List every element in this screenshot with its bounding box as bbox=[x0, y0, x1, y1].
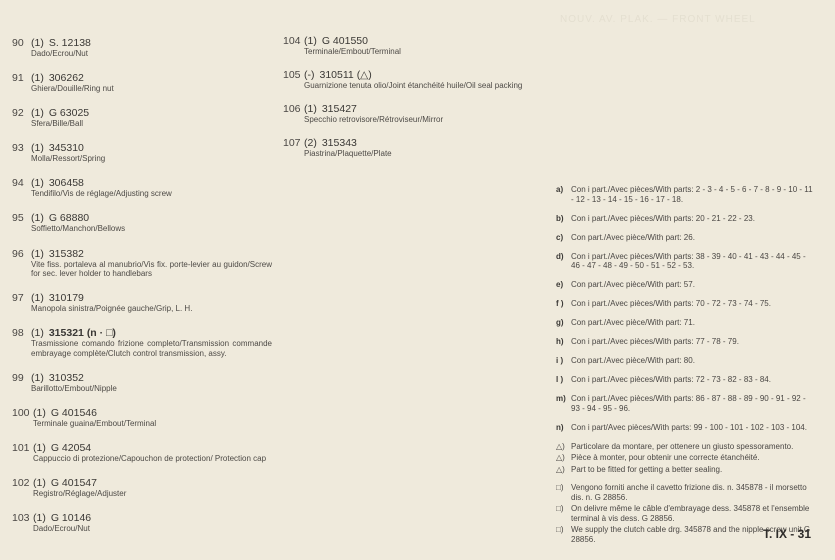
part-description: Dado/Ecrou/Nut bbox=[31, 49, 272, 59]
part-entry: 100(1)G 401546Terminale guaina/Embout/Te… bbox=[12, 407, 272, 429]
part-description: Guarnizione tenuta olio/Joint étanchéité… bbox=[304, 81, 548, 91]
part-code: S. 12138 bbox=[49, 37, 91, 49]
part-ref: 91 bbox=[12, 72, 24, 84]
part-description: Tendifilo/Vis de réglage/Adjusting screw bbox=[31, 189, 272, 199]
footnote-text: Con i part./Avec pièces/With parts: 72 -… bbox=[571, 375, 771, 384]
part-description: Vite fiss. portaleva al manubrio/Vis fix… bbox=[31, 260, 272, 279]
part-entry: 105(-)310511 (△)Guarnizione tenuta olio/… bbox=[283, 69, 548, 91]
footnote-label: n) bbox=[556, 423, 564, 433]
part-description: Barillotto/Embout/Nipple bbox=[31, 384, 272, 394]
footnote: △)Particolare da montare, per ottenere u… bbox=[556, 442, 816, 452]
part-description: Terminale/Embout/Terminal bbox=[304, 47, 548, 57]
footnote: d)Con i part./Avec pièces/With parts: 38… bbox=[556, 252, 816, 271]
part-code: G 401546 bbox=[51, 407, 97, 419]
part-code: 306458 bbox=[49, 177, 84, 189]
part-qty: (1) bbox=[33, 477, 46, 489]
footnote-text: Con part./Avec pièce/With part: 71. bbox=[571, 318, 695, 327]
footnote-text: Con i part./Avec pièces/With parts: 20 -… bbox=[571, 214, 755, 223]
part-qty: (1) bbox=[304, 35, 317, 47]
part-header: (1)G 401547 bbox=[33, 477, 272, 489]
part-qty: (-) bbox=[304, 69, 315, 81]
part-header: (1)306262 bbox=[31, 72, 272, 84]
footnote-text: Part to be fitted for getting a better s… bbox=[571, 465, 722, 474]
footnote: a)Con i part./Avec pièces/With parts: 2 … bbox=[556, 185, 816, 204]
footnote: e)Con part./Avec pièce/With part: 57. bbox=[556, 280, 816, 290]
part-entry: 94(1)306458Tendifilo/Vis de réglage/Adju… bbox=[12, 177, 272, 199]
part-header: (1)G 401546 bbox=[33, 407, 272, 419]
part-entry: 102(1)G 401547Registro/Réglage/Adjuster bbox=[12, 477, 272, 499]
part-description: Terminale guaina/Embout/Terminal bbox=[33, 419, 272, 429]
footnote-text: Con part./Avec pièce/With part: 26. bbox=[571, 233, 695, 242]
part-ref: 96 bbox=[12, 248, 24, 260]
footnote-label: l ) bbox=[556, 375, 563, 385]
part-header: (1)310179 bbox=[31, 292, 272, 304]
part-ref: 101 bbox=[12, 442, 30, 454]
part-description: Ghiera/Douille/Ring nut bbox=[31, 84, 272, 94]
part-code: 315343 bbox=[322, 137, 357, 149]
footnote-label: e) bbox=[556, 280, 563, 290]
part-qty: (1) bbox=[33, 512, 46, 524]
footnote-label: □) bbox=[556, 504, 564, 514]
footnote-label: △) bbox=[556, 453, 565, 463]
part-code: 310352 bbox=[49, 372, 84, 384]
part-qty: (1) bbox=[31, 372, 44, 384]
footnote: l )Con i part./Avec pièces/With parts: 7… bbox=[556, 375, 816, 385]
footnote: □)On delivre même le câble d'embrayage d… bbox=[556, 504, 816, 523]
part-entry: 91(1)306262Ghiera/Douille/Ring nut bbox=[12, 72, 272, 94]
part-ref: 102 bbox=[12, 477, 30, 489]
part-description: Specchio retrovisore/Rétroviseur/Mirror bbox=[304, 115, 548, 125]
part-entry: 104(1)G 401550Terminale/Embout/Terminal bbox=[283, 35, 548, 57]
part-ref: 105 bbox=[283, 69, 301, 81]
part-entry: 98(1)315321 (n · □)Trasmissione comando … bbox=[12, 327, 272, 358]
part-entry: 97(1)310179Manopola sinistra/Poignée gau… bbox=[12, 292, 272, 314]
part-code: 315382 bbox=[49, 248, 84, 260]
part-qty: (1) bbox=[31, 142, 44, 154]
part-entry: 99(1)310352Barillotto/Embout/Nipple bbox=[12, 372, 272, 394]
part-entry: 95(1)G 68880Soffietto/Manchon/Bellows bbox=[12, 212, 272, 234]
part-description: Trasmissione comando frizione completo/T… bbox=[31, 339, 272, 358]
part-ref: 100 bbox=[12, 407, 30, 419]
footnote-text: Con i part./Avec pièces/With parts: 38 -… bbox=[571, 252, 806, 271]
part-code: G 401550 bbox=[322, 35, 368, 47]
part-ref: 90 bbox=[12, 37, 24, 49]
footnote: c)Con part./Avec pièce/With part: 26. bbox=[556, 233, 816, 243]
footnote: g)Con part./Avec pièce/With part: 71. bbox=[556, 318, 816, 328]
triangle-notes: △)Particolare da montare, per ottenere u… bbox=[556, 442, 816, 475]
part-code: 315427 bbox=[322, 103, 357, 115]
letter-notes: a)Con i part./Avec pièces/With parts: 2 … bbox=[556, 185, 816, 432]
part-header: (1)S. 12138 bbox=[31, 37, 272, 49]
page-number: T. IX - 31 bbox=[763, 527, 811, 541]
part-code: G 42054 bbox=[51, 442, 91, 454]
part-description: Piastrina/Plaquette/Plate bbox=[304, 149, 548, 159]
part-code: 310179 bbox=[49, 292, 84, 304]
footnote: n)Con i part/Avec pièces/With parts: 99 … bbox=[556, 423, 816, 433]
footnote-label: □) bbox=[556, 483, 564, 493]
footnote: □)Vengono forniti anche il cavetto frizi… bbox=[556, 483, 816, 502]
footnote-text: Con i part./Avec pièces/With parts: 70 -… bbox=[571, 299, 771, 308]
part-ref: 98 bbox=[12, 327, 24, 339]
part-header: (1)310352 bbox=[31, 372, 272, 384]
part-header: (-)310511 (△) bbox=[304, 69, 548, 81]
footnote-label: m) bbox=[556, 394, 566, 404]
part-ref: 106 bbox=[283, 103, 301, 115]
footnote: b)Con i part./Avec pièces/With parts: 20… bbox=[556, 214, 816, 224]
footnote-label: d) bbox=[556, 252, 564, 262]
part-code: 306262 bbox=[49, 72, 84, 84]
part-qty: (1) bbox=[31, 72, 44, 84]
part-code: G 401547 bbox=[51, 477, 97, 489]
footnote-label: □) bbox=[556, 525, 564, 535]
part-header: (1)G 42054 bbox=[33, 442, 272, 454]
part-code: G 10146 bbox=[51, 512, 91, 524]
footnote-text: Pièce à monter, pour obtenir une correct… bbox=[571, 453, 760, 462]
footnote-text: On delivre même le câble d'embrayage des… bbox=[571, 504, 809, 523]
part-header: (1)G 63025 bbox=[31, 107, 272, 119]
part-ref: 107 bbox=[283, 137, 301, 149]
part-qty: (1) bbox=[31, 177, 44, 189]
part-description: Sfera/Bille/Ball bbox=[31, 119, 272, 129]
part-code: 310511 bbox=[320, 69, 354, 81]
part-entry: 92(1)G 63025Sfera/Bille/Ball bbox=[12, 107, 272, 129]
footnote-text: Con part./Avec pièce/With part: 80. bbox=[571, 356, 695, 365]
part-header: (1)345310 bbox=[31, 142, 272, 154]
footnote: △)Part to be fitted for getting a better… bbox=[556, 465, 816, 475]
footnote-label: △) bbox=[556, 465, 565, 475]
part-header: (1)315427 bbox=[304, 103, 548, 115]
part-header: (1)G 401550 bbox=[304, 35, 548, 47]
part-qty: (1) bbox=[31, 212, 44, 224]
part-suffix: (n · □) bbox=[87, 327, 116, 339]
footnote-text: Con part./Avec pièce/With part: 57. bbox=[571, 280, 695, 289]
footnote-label: f ) bbox=[556, 299, 564, 309]
bleed-through-text: NOUV. AV. PLAK. — FRONT WHEEL bbox=[560, 14, 756, 25]
footnotes: a)Con i part./Avec pièces/With parts: 2 … bbox=[556, 185, 816, 546]
part-description: Cappuccio di protezione/Capouchon de pro… bbox=[33, 454, 272, 464]
footnote: △)Pièce à monter, pour obtenir une corre… bbox=[556, 453, 816, 463]
part-qty: (1) bbox=[31, 327, 44, 339]
footnote-text: Vengono forniti anche il cavetto frizion… bbox=[571, 483, 807, 502]
part-description: Dado/Ecrou/Nut bbox=[33, 524, 272, 534]
parts-list-left: 90(1)S. 12138Dado/Ecrou/Nut91(1)306262Gh… bbox=[12, 37, 272, 547]
part-qty: (2) bbox=[304, 137, 317, 149]
part-ref: 92 bbox=[12, 107, 24, 119]
part-entry: 103(1)G 10146Dado/Ecrou/Nut bbox=[12, 512, 272, 534]
part-ref: 94 bbox=[12, 177, 24, 189]
footnote: m)Con i part./Avec pièces/With parts: 86… bbox=[556, 394, 816, 413]
part-qty: (1) bbox=[31, 37, 44, 49]
footnote-text: Con i part./Avec pièces/With parts: 77 -… bbox=[571, 337, 739, 346]
footnote: i )Con part./Avec pièce/With part: 80. bbox=[556, 356, 816, 366]
part-qty: (1) bbox=[33, 442, 46, 454]
part-header: (1)G 68880 bbox=[31, 212, 272, 224]
footnote-label: i ) bbox=[556, 356, 563, 366]
part-code: 345310 bbox=[49, 142, 84, 154]
part-suffix: (△) bbox=[357, 69, 372, 81]
part-qty: (1) bbox=[33, 407, 46, 419]
footnote-label: c) bbox=[556, 233, 563, 243]
part-ref: 103 bbox=[12, 512, 30, 524]
footnote-label: △) bbox=[556, 442, 565, 452]
part-qty: (1) bbox=[304, 103, 317, 115]
footnote-label: a) bbox=[556, 185, 563, 195]
footnote-label: b) bbox=[556, 214, 564, 224]
part-ref: 95 bbox=[12, 212, 24, 224]
part-header: (1)G 10146 bbox=[33, 512, 272, 524]
parts-list-right: 104(1)G 401550Terminale/Embout/Terminal1… bbox=[283, 35, 548, 171]
part-header: (1)306458 bbox=[31, 177, 272, 189]
footnote-text: Particolare da montare, per ottenere un … bbox=[571, 442, 793, 451]
part-ref: 99 bbox=[12, 372, 24, 384]
footnote-label: h) bbox=[556, 337, 564, 347]
part-entry: 96(1)315382Vite fiss. portaleva al manub… bbox=[12, 248, 272, 279]
part-qty: (1) bbox=[31, 248, 44, 260]
footnote: h)Con i part./Avec pièces/With parts: 77… bbox=[556, 337, 816, 347]
part-code: G 68880 bbox=[49, 212, 89, 224]
part-entry: 93(1)345310Molla/Ressort/Spring bbox=[12, 142, 272, 164]
part-header: (2)315343 bbox=[304, 137, 548, 149]
part-code: 315321 bbox=[49, 327, 84, 339]
part-code: G 63025 bbox=[49, 107, 89, 119]
part-entry: 90(1)S. 12138Dado/Ecrou/Nut bbox=[12, 37, 272, 59]
part-description: Molla/Ressort/Spring bbox=[31, 154, 272, 164]
part-entry: 107(2)315343Piastrina/Plaquette/Plate bbox=[283, 137, 548, 159]
part-description: Manopola sinistra/Poignée gauche/Grip, L… bbox=[31, 304, 272, 314]
part-entry: 101(1)G 42054Cappuccio di protezione/Cap… bbox=[12, 442, 272, 464]
part-qty: (1) bbox=[31, 292, 44, 304]
part-ref: 97 bbox=[12, 292, 24, 304]
part-description: Soffietto/Manchon/Bellows bbox=[31, 224, 272, 234]
part-ref: 93 bbox=[12, 142, 24, 154]
part-description: Registro/Réglage/Adjuster bbox=[33, 489, 272, 499]
part-header: (1)315382 bbox=[31, 248, 272, 260]
part-header: (1)315321 (n · □) bbox=[31, 327, 272, 339]
footnote-label: g) bbox=[556, 318, 564, 328]
footnote: f )Con i part./Avec pièces/With parts: 7… bbox=[556, 299, 816, 309]
footnote-text: Con i part./Avec pièces/With parts: 2 - … bbox=[571, 185, 813, 204]
part-qty: (1) bbox=[31, 107, 44, 119]
part-entry: 106(1)315427Specchio retrovisore/Rétrovi… bbox=[283, 103, 548, 125]
footnote-text: Con i part./Avec pièces/With parts: 86 -… bbox=[571, 394, 806, 413]
footnote-text: Con i part/Avec pièces/With parts: 99 - … bbox=[571, 423, 807, 432]
part-ref: 104 bbox=[283, 35, 301, 47]
